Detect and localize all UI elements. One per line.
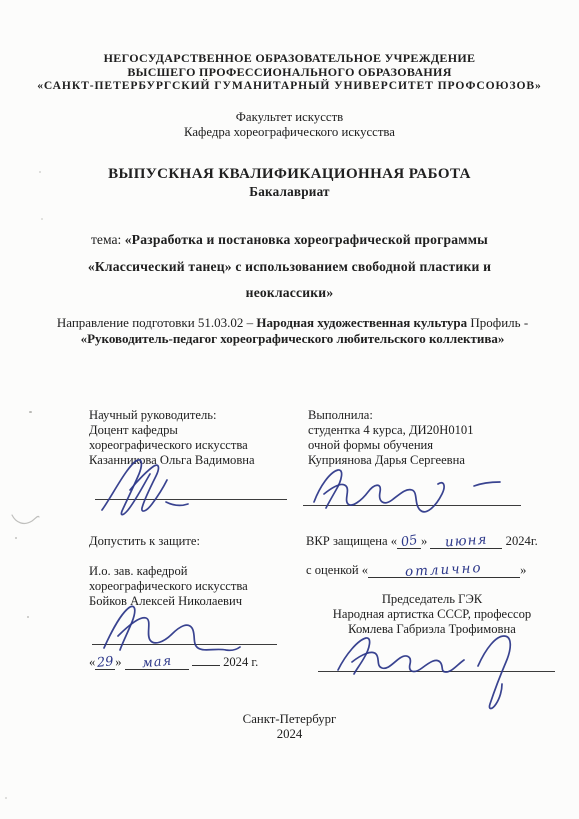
thesis-theme: тема: «Разработка и постановка хореограф… <box>47 227 532 307</box>
profile-label: Профиль - <box>470 315 528 330</box>
org-name-line-1: НЕГОСУДАРСТВЕННОЕ ОБРАЗОВАТЕЛЬНОЕ УЧРЕЖД… <box>0 52 579 66</box>
department-label: Кафедра хореографического искусства <box>0 125 579 140</box>
empty-blank <box>192 665 220 666</box>
chair-title: Председатель ГЭК <box>306 592 558 607</box>
student-form: очной формы обучения <box>308 438 548 453</box>
date-quote-close: » <box>115 655 121 669</box>
footer-city: Санкт-Петербург <box>0 712 579 727</box>
theme-title: «Разработка и постановка хореографическо… <box>88 232 491 300</box>
profile-value: «Руководитель-педагог хореографического … <box>81 331 505 346</box>
organization-header: НЕГОСУДАРСТВЕННОЕ ОБРАЗОВАТЕЛЬНОЕ УЧРЕЖД… <box>0 52 579 93</box>
admission-heading: Допустить к защите: <box>89 534 305 549</box>
org-name-line-3: «САНКТ-ПЕТЕРБУРГСКИЙ ГУМАНИТАРНЫЙ УНИВЕР… <box>0 79 579 93</box>
supervisor-heading: Научный руководитель: <box>89 408 305 423</box>
defense-infix: » <box>421 534 427 548</box>
supervisor-position-1: Доцент кафедры <box>89 423 305 438</box>
scan-speck <box>29 411 32 413</box>
defense-block: ВКР защищена «05» июня 2024г. с оценкой … <box>306 534 558 637</box>
defense-day-blank: 05 <box>397 535 421 549</box>
scan-speck <box>15 537 17 539</box>
defense-date-line: ВКР защищена «05» июня 2024г. <box>306 534 558 549</box>
degree-label: Бакалавриат <box>0 183 579 200</box>
scan-speck <box>27 616 29 618</box>
admission-date-line: «29» мая 2024 г. <box>89 655 258 670</box>
chair-rank: Народная артистка СССР, профессор <box>306 607 558 622</box>
scan-speck <box>41 218 43 220</box>
grade-blank: отлично <box>368 564 520 578</box>
supervisor-position-2: хореографического искусства <box>89 438 305 453</box>
grade-prefix: с оценкой « <box>306 563 368 577</box>
direction-label: Направление подготовки 51.03.02 – <box>57 315 253 330</box>
handwritten-grade: отлично <box>405 562 483 579</box>
grade-suffix: » <box>520 563 526 577</box>
faculty-block: Факультет искусств Кафедра хореографичес… <box>0 110 579 140</box>
scan-squiggle-artifact <box>10 510 42 530</box>
student-group: студентка 4 курса, ДИ20Н0101 <box>308 423 548 438</box>
scanned-title-page: НЕГОСУДАРСТВЕННОЕ ОБРАЗОВАТЕЛЬНОЕ УЧРЕЖД… <box>0 0 579 819</box>
org-name-line-2: ВЫСШЕГО ПРОФЕССИОНАЛЬНОГО ОБРАЗОВАНИЯ <box>0 66 579 80</box>
footer-block: Санкт-Петербург 2024 <box>0 712 579 741</box>
scan-speck <box>5 797 7 799</box>
dept-head-position-2: хореографического искусства <box>89 579 305 594</box>
handwritten-admission-month: мая <box>141 655 172 671</box>
work-type-block: ВЫПУСКНАЯ КВАЛИФИКАЦИОННАЯ РАБОТА Бакала… <box>0 166 579 200</box>
grade-line: с оценкой «отлично» <box>306 563 558 578</box>
chair-signature <box>328 628 563 716</box>
supervisor-signature <box>96 456 216 516</box>
defense-year: 2024г. <box>506 534 538 548</box>
handwritten-admission-day: 29 <box>96 655 114 670</box>
footer-year: 2024 <box>0 727 579 742</box>
student-heading: Выполнила: <box>308 408 548 423</box>
work-type-title: ВЫПУСКНАЯ КВАЛИФИКАЦИОННАЯ РАБОТА <box>0 166 579 183</box>
defense-month-blank: июня <box>430 535 502 549</box>
dept-head-signature <box>94 600 244 655</box>
direction-value: Народная художественная культура <box>256 315 467 330</box>
dept-head-position-1: И.о. зав. кафедрой <box>89 564 305 579</box>
defense-prefix: ВКР защищена « <box>306 534 397 548</box>
admission-block: Допустить к защите: И.о. зав. кафедрой х… <box>89 534 305 609</box>
theme-label: тема: <box>91 232 121 247</box>
student-signature <box>306 460 521 520</box>
program-block: Направление подготовки 51.03.02 – Народн… <box>40 315 545 348</box>
scan-speck <box>39 171 41 173</box>
handwritten-defense-day: 05 <box>400 534 419 550</box>
admission-year: 2024 г. <box>223 655 258 669</box>
admission-day-blank: 29 <box>95 656 115 670</box>
faculty-label: Факультет искусств <box>0 110 579 125</box>
handwritten-defense-month: июня <box>445 534 488 550</box>
admission-month-blank: мая <box>125 656 189 670</box>
